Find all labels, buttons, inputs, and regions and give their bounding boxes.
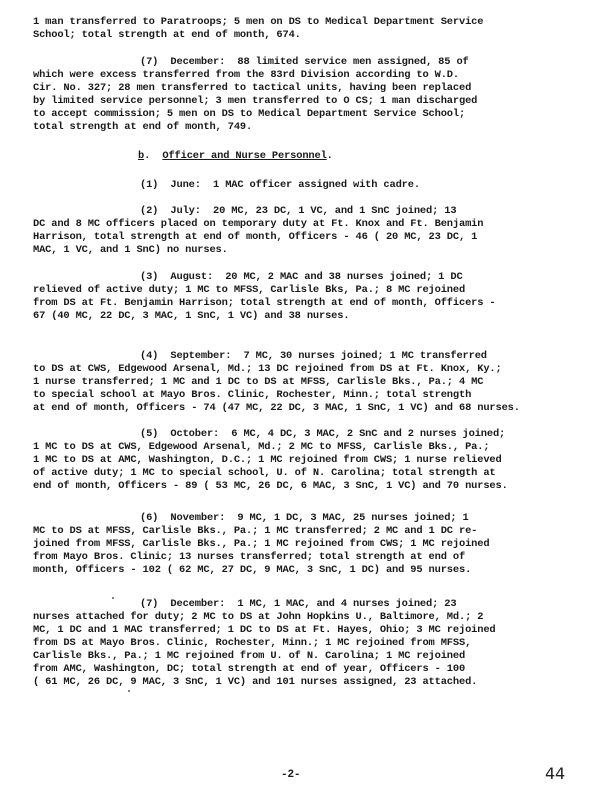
document-page: 1 man transferred to Paratroops; 5 men o… bbox=[0, 0, 600, 797]
text-line: ( 61 MC, 26 DC, 9 MAC, 3 SnC, 1 VC) and … bbox=[33, 676, 477, 688]
text-line: 1 nurse transferred; 1 MC and 1 DC to DS… bbox=[33, 376, 483, 388]
text-line: month, Officers - 102 ( 62 MC, 27 DC, 9 … bbox=[33, 564, 471, 576]
text-line: which were excess transferred from the 8… bbox=[33, 69, 459, 81]
text-line: 1 man transferred to Paratroops; 5 men o… bbox=[33, 16, 483, 28]
text-line: MAC, 1 VC, and 1 SnC) no nurses. bbox=[33, 244, 228, 256]
text-line: Harrison, total strength at end of month… bbox=[33, 231, 477, 243]
text-line: to accept commission; 5 men on DS to Med… bbox=[33, 108, 465, 120]
paragraph-first-line: (6) November: 9 MC, 1 DC, 3 MAC, 25 nurs… bbox=[140, 512, 469, 524]
paragraph-first-line: (7) December: 1 MC, 1 MAC, and 4 nurses … bbox=[140, 598, 456, 610]
text-line: from DS at Mayo Bros. Clinic, Rochester,… bbox=[33, 637, 471, 649]
text-line: to special school at Mayo Bros. Clinic, … bbox=[33, 389, 471, 401]
text-line: of active duty; 1 MC to special school, … bbox=[33, 467, 496, 479]
text-line: relieved of active duty; 1 MC to MFSS, C… bbox=[33, 284, 465, 296]
section-title: Officer and Nurse Personnel bbox=[162, 150, 326, 162]
text-line: from DS at Ft. Benjamin Harrison; total … bbox=[33, 297, 496, 309]
section-heading: b. Officer and Nurse Personnel. bbox=[138, 150, 333, 162]
page-number: -2- bbox=[281, 769, 300, 781]
text-line: 67 (40 MC, 22 DC, 3 MAC, 1 SnC, 1 VC) an… bbox=[33, 310, 349, 322]
text-line: joined from MFSS, Carlisle Bks., Pa.; 1 … bbox=[33, 538, 489, 550]
text-line: to DS at CWS, Edgewood Arsenal, Md.; 13 … bbox=[33, 363, 502, 375]
text-line: at end of month, Officers - 74 (47 MC, 2… bbox=[33, 402, 520, 414]
paragraph-first-line: (2) July: 20 MC, 23 DC, 1 VC, and 1 SnC … bbox=[140, 205, 456, 217]
text-line: Carlisle Bks., Pa.; 1 MC rejoined from U… bbox=[33, 650, 465, 662]
text-line: from Mayo Bros. Clinic; 13 nurses transf… bbox=[33, 551, 465, 563]
text-line: by limited service personnel; 3 men tran… bbox=[33, 95, 477, 107]
text-line: end of month, Officers - 89 ( 53 MC, 26 … bbox=[33, 480, 508, 492]
text-line: DC and 8 MC officers placed on temporary… bbox=[33, 218, 483, 230]
text-line: 1 MC to DS at AMC, Washington, D.C.; 1 M… bbox=[33, 454, 502, 466]
text-line: from AMC, Washington, DC; total strength… bbox=[33, 663, 465, 675]
text-line: MC, 1 DC and 1 MAC transferred; 1 DC to … bbox=[33, 624, 496, 636]
paragraph-first-line: (1) June: 1 MAC officer assigned with ca… bbox=[140, 179, 420, 191]
speck bbox=[128, 690, 130, 692]
text-line: Cir. No. 327; 28 men transferred to tact… bbox=[33, 82, 471, 94]
text-line: nurses attached for duty; 2 MC to DS at … bbox=[33, 611, 483, 623]
text-line: School; total strength at end of month, … bbox=[33, 29, 301, 41]
speck bbox=[112, 597, 114, 599]
paragraph-first-line: (5) October: 6 MC, 4 DC, 3 MAC, 2 SnC an… bbox=[140, 428, 505, 440]
paragraph-first-line: (7) December: 88 limited service men ass… bbox=[140, 56, 469, 68]
paragraph-first-line: (3) August: 20 MC, 2 MAC and 38 nurses j… bbox=[140, 271, 463, 283]
text-line: total strength at end of month, 749. bbox=[33, 121, 252, 133]
text-line: 1 MC to DS at CWS, Edgewood Arsenal, Md.… bbox=[33, 441, 489, 453]
paragraph-first-line: (4) September: 7 MC, 30 nurses joined; 1… bbox=[140, 350, 487, 362]
folio-number: 44 bbox=[545, 764, 565, 783]
text-line: MC to DS at MFSS, Carlisle Bks., Pa.; 1 … bbox=[33, 525, 477, 537]
